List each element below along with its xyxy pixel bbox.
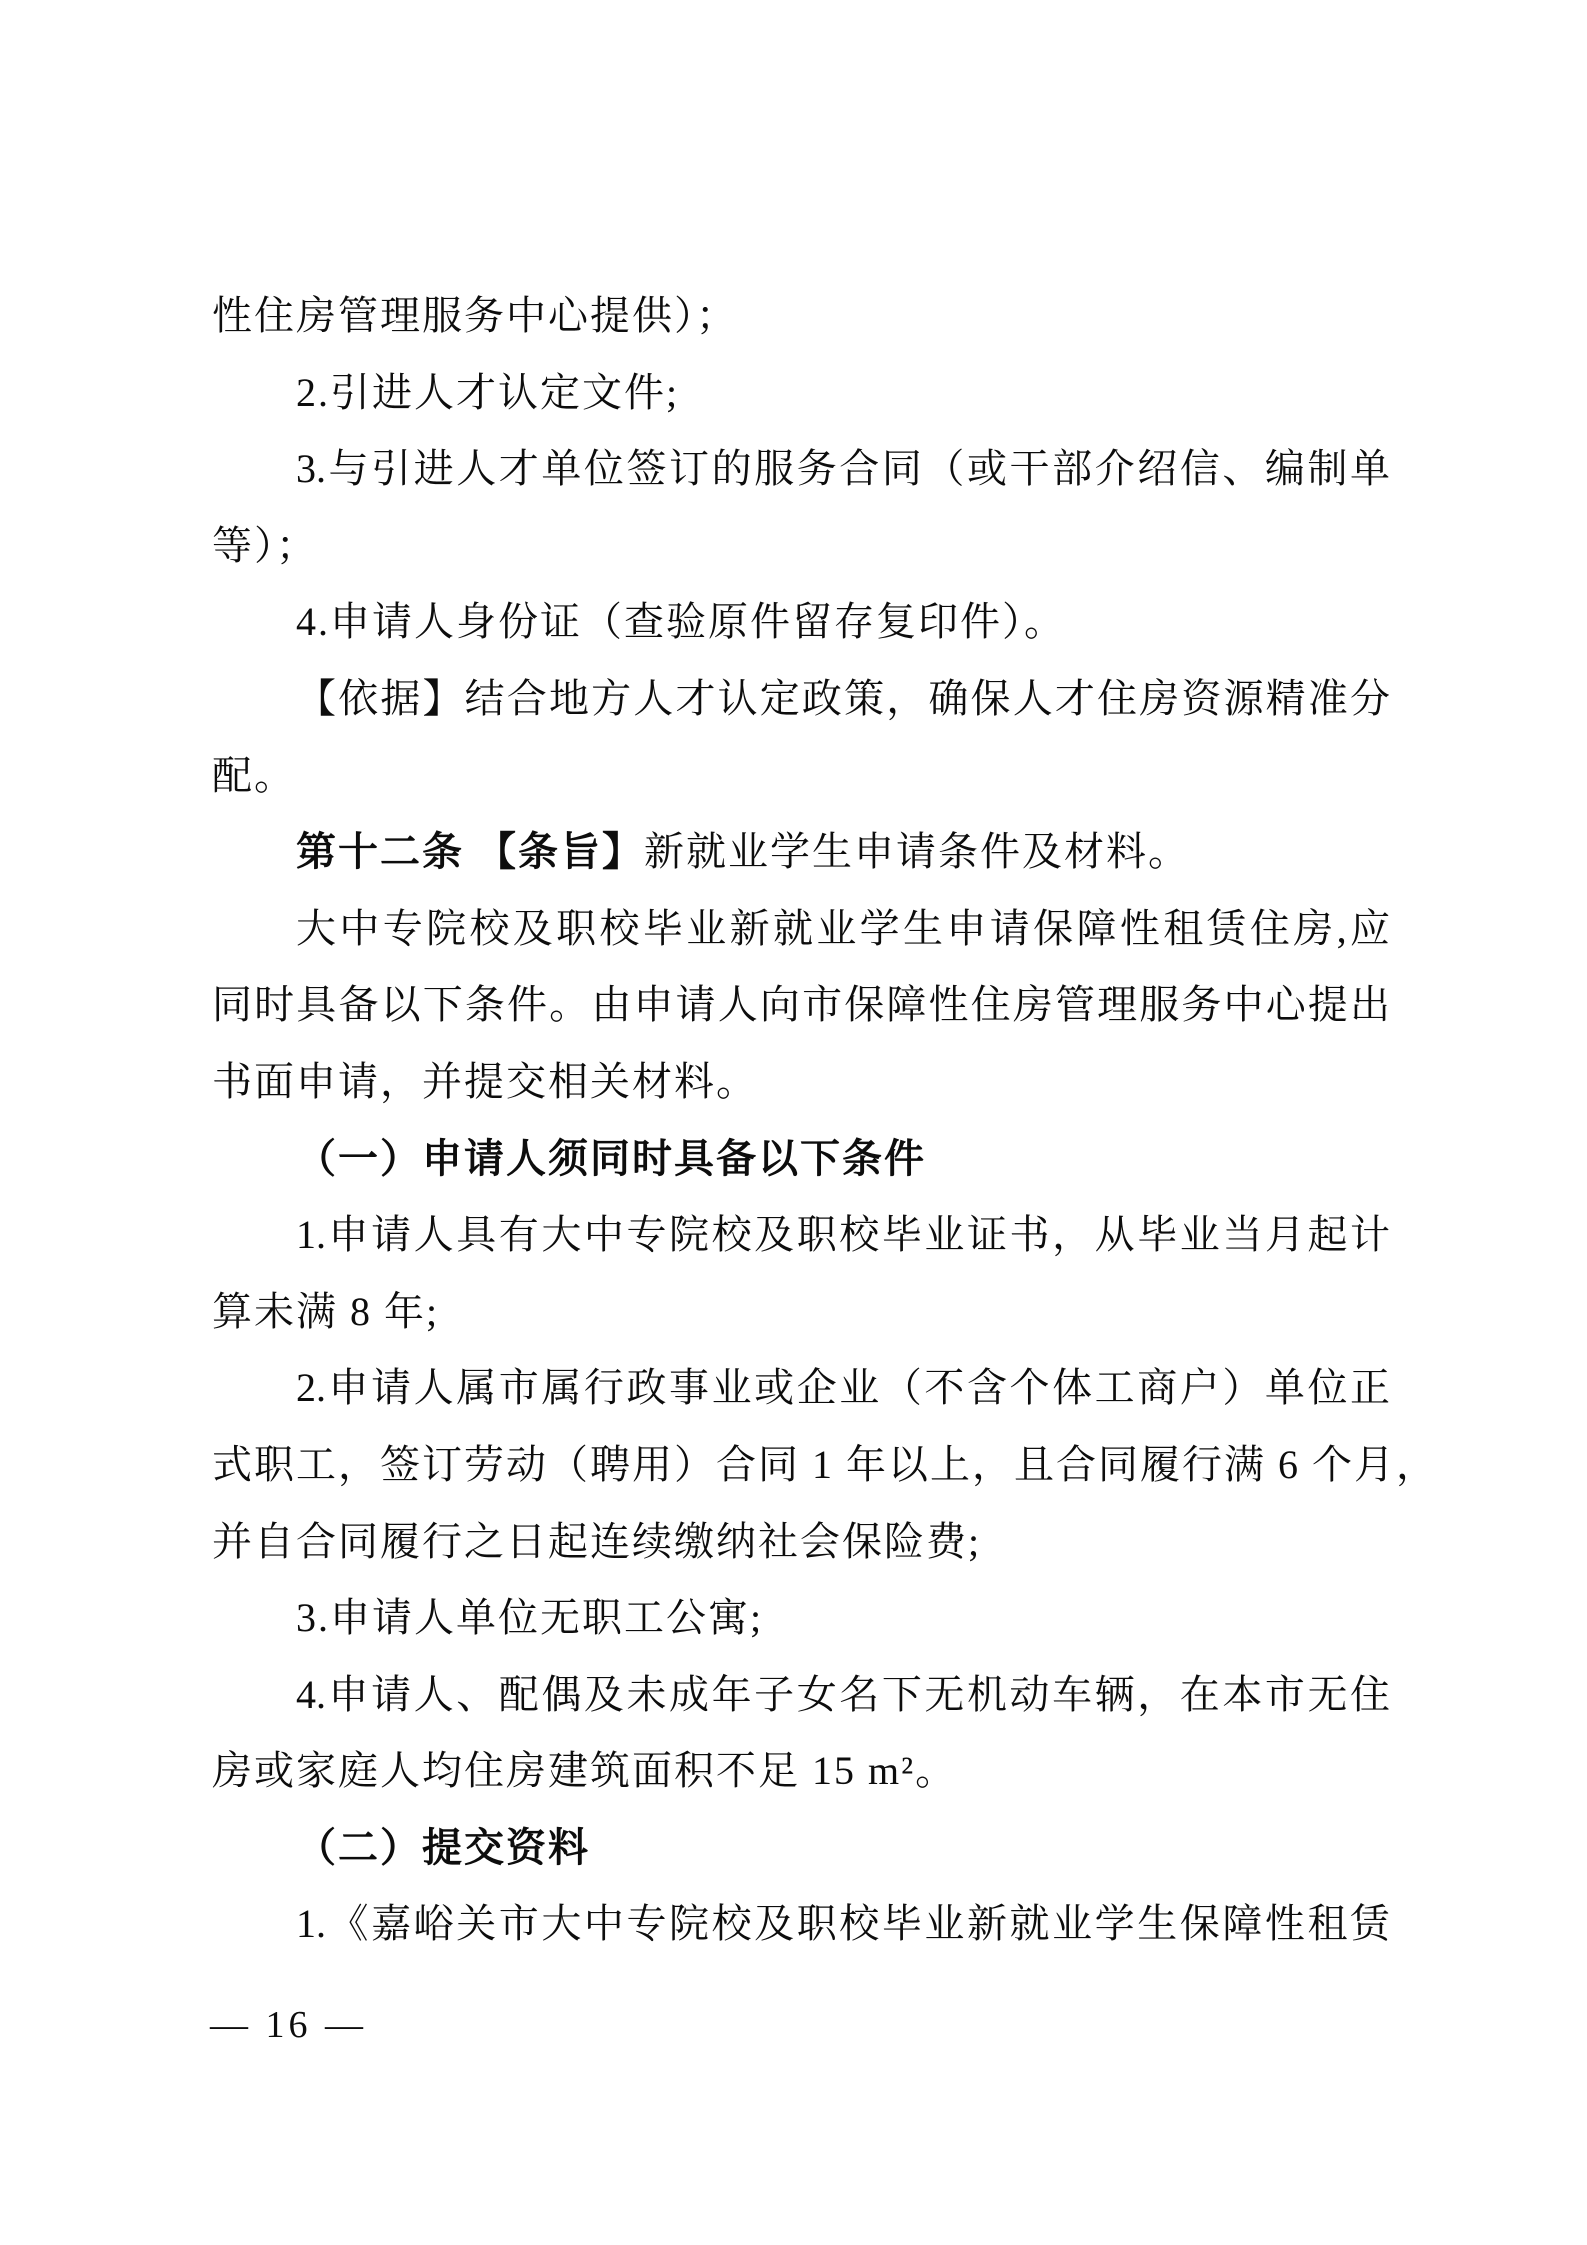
document-line: 等）； [212,508,1390,585]
document-line: 同时具备以下条件。由申请人向市保障性住房管理服务中心提出 [212,967,1390,1044]
document-line: 1.申请人具有大中专院校及职校毕业证书，从毕业当月起计 [212,1197,1390,1274]
document-line: 式职工，签订劳动（聘用）合同 1 年以上，且合同履行满 6 个月， [212,1427,1390,1504]
document-line: 算未满 8 年; [212,1274,1390,1351]
document-line: 书面申请，并提交相关材料。 [212,1044,1390,1121]
article-heading: 第十二条 【条旨】 [296,829,644,874]
document-page: 性住房管理服务中心提供）；2.引进人才认定文件;3.与引进人才单位签订的服务合同… [0,0,1587,2245]
document-line: 性住房管理服务中心提供）； [212,278,1390,355]
document-line: 房或家庭人均住房建筑面积不足 15 m²。 [212,1733,1390,1810]
document-line: 4.申请人身份证（查验原件留存复印件）。 [212,584,1390,661]
document-line: （一）申请人须同时具备以下条件 [212,1121,1390,1198]
document-body: 性住房管理服务中心提供）；2.引进人才认定文件;3.与引进人才单位签订的服务合同… [212,278,1390,1963]
document-line: 1.《嘉峪关市大中专院校及职校毕业新就业学生保障性租赁 [212,1886,1390,1963]
document-line: 并自合同履行之日起连续缴纳社会保险费; [212,1504,1390,1581]
document-line: 2.申请人属市属行政事业或企业（不含个体工商户）单位正 [212,1350,1390,1427]
document-line: 3.与引进人才单位签订的服务合同（或干部介绍信、编制单 [212,431,1390,508]
document-line: （二）提交资料 [212,1810,1390,1887]
document-line: 3.申请人单位无职工公寓; [212,1580,1390,1657]
page-number: — 16 — [210,2003,367,2047]
document-line: 2.引进人才认定文件; [212,355,1390,432]
document-line: 【依据】结合地方人才认定政策，确保人才住房资源精准分 [212,661,1390,738]
document-line: 第十二条 【条旨】新就业学生申请条件及材料。 [212,814,1390,891]
document-line: 大中专院校及职校毕业新就业学生申请保障性租赁住房,应 [212,891,1390,968]
document-line: 配。 [212,738,1390,815]
document-line: 4.申请人、配偶及未成年子女名下无机动车辆，在本市无住 [212,1657,1390,1734]
